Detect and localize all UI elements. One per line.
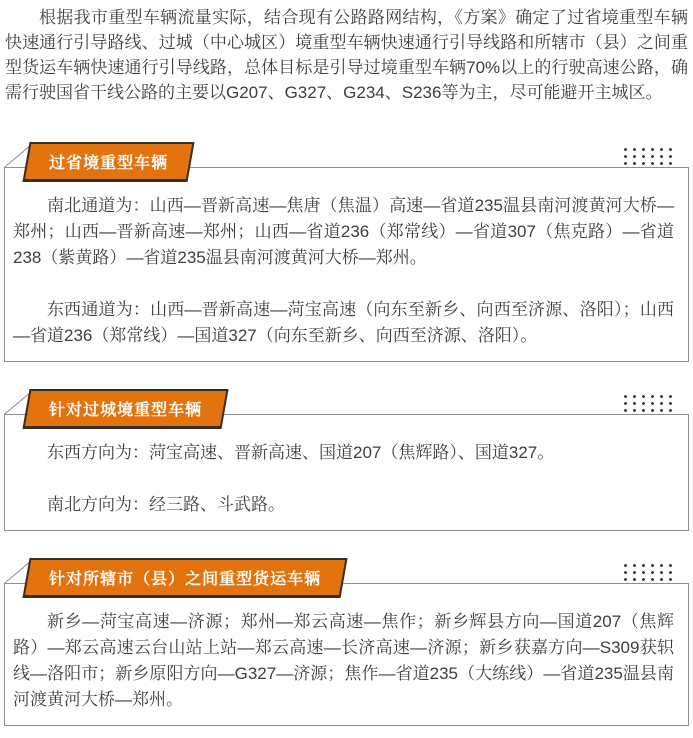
- section-trans-province: 过省境重型车辆 南北通道为：山西—晋新高速—焦唐（焦温）高速—省道235温县南河…: [4, 142, 689, 362]
- section-title: 针对过城境重型车辆: [49, 397, 202, 420]
- section-title: 过省境重型车辆: [49, 150, 168, 173]
- route-paragraph: 南北方向为：经三路、斗武路。: [13, 492, 674, 518]
- section-title-banner: 针对所辖市（县）之间重型货运车辆: [22, 558, 347, 598]
- route-paragraph: 东西通道为：山西—晋新高速—菏宝高速（向东至新乡、向西至济源、洛阳）；山西—省道…: [13, 297, 674, 349]
- section-inter-county: 针对所辖市（县）之间重型货运车辆 新乡—菏宝高速—济源；郑州—郑云高速—焦作；新…: [4, 558, 689, 726]
- section-title-banner: 针对过城境重型车辆: [22, 389, 228, 429]
- section-content-box: 新乡—菏宝高速—济源；郑州—郑云高速—焦作；新乡辉县方向—国道207（焦辉路）—…: [4, 583, 689, 726]
- section-title: 针对所辖市（县）之间重型货运车辆: [49, 566, 321, 589]
- route-paragraph: 新乡—菏宝高速—济源；郑州—郑云高速—焦作；新乡辉县方向—国道207（焦辉路）—…: [13, 609, 674, 713]
- article-page: 根据我市重型车辆流量实际，结合现有公路路网结构，《方案》确定了过省境重型车辆快速…: [0, 0, 693, 738]
- section-content-box: 东西方向为：菏宝高速、晋新高速、国道207（焦辉路）、国道327。 南北方向为：…: [4, 414, 689, 531]
- route-paragraph: 东西方向为：菏宝高速、晋新高速、国道207（焦辉路）、国道327。: [13, 440, 674, 466]
- dot-grid-icon: [621, 393, 675, 414]
- section-trans-city: 针对过城境重型车辆 东西方向为：菏宝高速、晋新高速、国道207（焦辉路）、国道3…: [4, 389, 689, 531]
- dot-grid-icon: [621, 146, 675, 167]
- intro-paragraph: 根据我市重型车辆流量实际，结合现有公路路网结构，《方案》确定了过省境重型车辆快速…: [5, 5, 688, 105]
- section-title-banner: 过省境重型车辆: [22, 142, 194, 182]
- dot-grid-icon: [621, 562, 675, 583]
- section-content-box: 南北通道为：山西—晋新高速—焦唐（焦温）高速—省道235温县南河渡黄河大桥—郑州…: [4, 167, 689, 362]
- route-paragraph: 南北通道为：山西—晋新高速—焦唐（焦温）高速—省道235温县南河渡黄河大桥—郑州…: [13, 193, 674, 271]
